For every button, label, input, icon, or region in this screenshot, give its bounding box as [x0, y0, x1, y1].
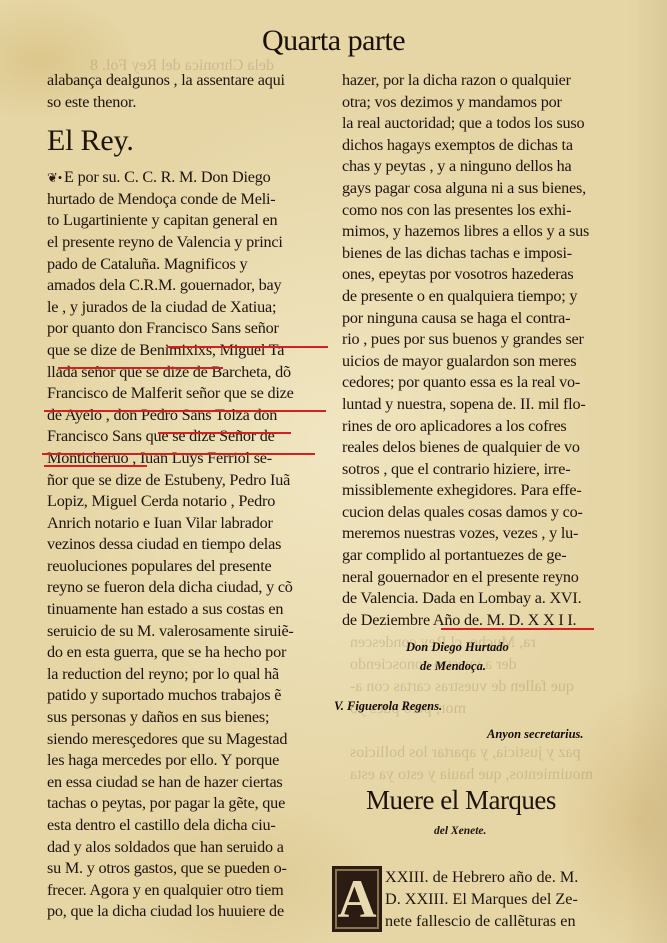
text-line: reales delos bienes de qualquier de vo	[342, 437, 632, 459]
bleed-through-text: paz y justicia, y apartar los bollicios	[350, 742, 581, 764]
text-line: la real auctoridad; que a todos los suso	[342, 113, 632, 135]
text-line: missiblemente exhegidores. Para effe-	[342, 480, 632, 502]
text-line: luntad y nuestra, sopena de. II. mil flo…	[342, 394, 632, 416]
text-line: rines de oro aplicadores a los cofres	[342, 416, 632, 438]
text-line: su M. y otros gastos, que se pueden o-	[47, 858, 332, 880]
text-line: Lopiz, Miguel Cerda notario , Pedro	[47, 491, 332, 513]
text-line: Francisco de Malferit señor que se dize	[47, 383, 332, 405]
text-line: en essa ciudad se han de hazer ciertas	[47, 772, 332, 794]
text-line: de Valencia. Dada en Lombay a. XVI.	[342, 588, 632, 610]
text-line: D. XXIII. El Marques del Ze-	[385, 888, 578, 910]
text-line: uicios de mayor gualardon son meres	[342, 351, 632, 373]
text-line: dad y alos soldados que han seruido a	[47, 837, 332, 859]
text-line: siendo meresçedores que su Magestad	[47, 729, 332, 751]
text-line: otra; vos dezimos y mandamos por	[342, 92, 632, 114]
text-line: le , y jurados de la ciudad de Xatiua;	[47, 297, 332, 319]
red-underline-annotation	[441, 628, 594, 630]
text-line: cucion delas quales cosas damos y co-	[342, 502, 632, 524]
text-line: chas y peytas , y a ninguno dellos ha	[342, 156, 632, 178]
document-page: dela Chronica del Rey Fol. 8 ra, Mucho, …	[0, 0, 667, 943]
text-line: sus personas y daños en sus bienes;	[47, 707, 332, 729]
section-subtitle: del Xenete.	[434, 825, 486, 837]
text-line: tinuamente han estado a sus costas en	[47, 599, 332, 621]
text-line: Anrich notario e Iuan Vilar labrador	[47, 513, 332, 535]
text-line: hurtado de Mendoça conde de Meli-	[47, 189, 332, 211]
text-line: cedores; por quanto essa es la real vo-	[342, 372, 632, 394]
red-underline-annotation	[58, 367, 223, 369]
text-line: de Ayelo , don Pedro Sans Tolza don	[47, 405, 332, 427]
text-line: seruicio de su M. valerosamente siruiẽ-	[47, 621, 332, 643]
text-line: vezinos dessa ciudad en tiempo delas	[47, 534, 332, 556]
text-line: gar complido al portantuezes de ge-	[342, 545, 632, 567]
text-line: hazer, por la dicha razon o qualquier	[342, 70, 632, 92]
text-line: por quanto don Francisco Sans señor	[47, 318, 332, 340]
page-edge-shadow	[627, 0, 667, 943]
text-line: reuoluciones populares del presente	[47, 556, 332, 578]
bleed-through-text: que fallen de vuestras cartas con a-	[350, 676, 574, 698]
signature-don-diego: Don Diego Hurtado	[406, 640, 509, 655]
text-line: llada señor que se dize de Barcheta, dõ	[47, 362, 332, 384]
text-line: esta dentro el castillo dela dicha ciu-	[47, 815, 332, 837]
signature-anyon: Anyon secretarius.	[487, 727, 584, 742]
bleed-through-text: mouimientos, que hauia y esto ya esta	[350, 764, 593, 786]
final-paragraph: XXIII. de Hebrero año de. M. D. XXIII. E…	[385, 866, 578, 932]
red-underline-annotation	[42, 453, 315, 455]
red-underline-annotation	[167, 346, 328, 348]
text-line: pado de Cataluña. Magnificos y	[47, 254, 332, 276]
text-line: alabança dealgunos , la assentare aqui	[47, 70, 332, 92]
text-line: amados dela C.R.M. gouernador, bay	[47, 275, 332, 297]
text-line: neral gouernador en el presente reyno	[342, 567, 632, 589]
text-line: XXIII. de Hebrero año de. M.	[385, 866, 578, 888]
text-line: so este thenor.	[47, 92, 332, 114]
text-line: como nos con las presentes los exhi-	[342, 200, 632, 222]
text-line: ones, epeytas por vosotros hazederas	[342, 264, 632, 286]
text-line: frecer. Agora y en qualquier otro tiem	[47, 880, 332, 902]
text-line: po, que la dicha ciudad los huuiere de	[47, 901, 332, 923]
text-line: el presente reyno de Valencia y princi	[47, 232, 332, 254]
text-line: nete fallescio de callẽturas en	[385, 910, 578, 932]
text-line: les haga mercedes por ello. Y porque	[47, 750, 332, 772]
text-line: por ninguna causa se haga el contra-	[342, 308, 632, 330]
text-line: bienes de las dichas tachas e imposi-	[342, 243, 632, 265]
ornamental-initial-icon: A	[332, 866, 382, 932]
text-line: reyno se fueron dela dicha ciudad, y cõ	[47, 577, 332, 599]
text-line: ❦•E por su. C. C. R. M. Don Diego	[47, 167, 332, 189]
right-column: hazer, por la dicha razon o qualquier ot…	[342, 70, 632, 631]
text-line: de presente o en qualquiera tiempo; y	[342, 286, 632, 308]
signature-figuerola: V. Figuerola Regens.	[334, 699, 442, 714]
text-line: to Lugartiniente y capitan general en	[47, 210, 332, 232]
fleuron-icon: ❦•	[47, 170, 62, 185]
text-line: rio , pues por sus buenos y grandes ser	[342, 329, 632, 351]
left-column: alabança dealgunos , la assentare aqui s…	[47, 70, 332, 923]
section-title-muere-el-marques: Muere el Marques	[366, 785, 556, 816]
red-underline-annotation	[158, 432, 291, 434]
text-line: tachas o peytas, por pagar la gẽte, que	[47, 793, 332, 815]
text-line: patido y suportado muchos trabajos ẽ	[47, 685, 332, 707]
text-line: do en esta guerra, que se ha hecho por	[47, 642, 332, 664]
text-line: Francisco Sans que se dize Señor de	[47, 426, 332, 448]
text-line: gays pagar cosa alguna ni a sus bienes,	[342, 178, 632, 200]
section-heading-el-rey: El Rey.	[47, 113, 332, 167]
text-line: sotros , que el contrario hiziere, irre-	[342, 459, 632, 481]
text-line: la reduction del reyno; por lo qual hã	[47, 664, 332, 686]
text-line: dichos hagays exemptos de dichas ta	[342, 135, 632, 157]
text-line: meremos nuestras vozes, vezes , y lu-	[342, 523, 632, 545]
text-line: que se dize de Benimixixs, Miguel Ta	[47, 340, 332, 362]
text-span: E por su. C. C. R. M. Don Diego	[64, 168, 271, 186]
page-header-title: Quarta parte	[0, 24, 667, 58]
red-underline-annotation	[44, 465, 147, 467]
text-line: ñor que se dize de Estubeny, Pedro Iuã	[47, 470, 332, 492]
signature-de-mendoca: de Mendoça.	[420, 659, 486, 674]
text-line: mimos, y hazemos libres a ellos y a sus	[342, 221, 632, 243]
red-underline-annotation	[44, 410, 326, 412]
